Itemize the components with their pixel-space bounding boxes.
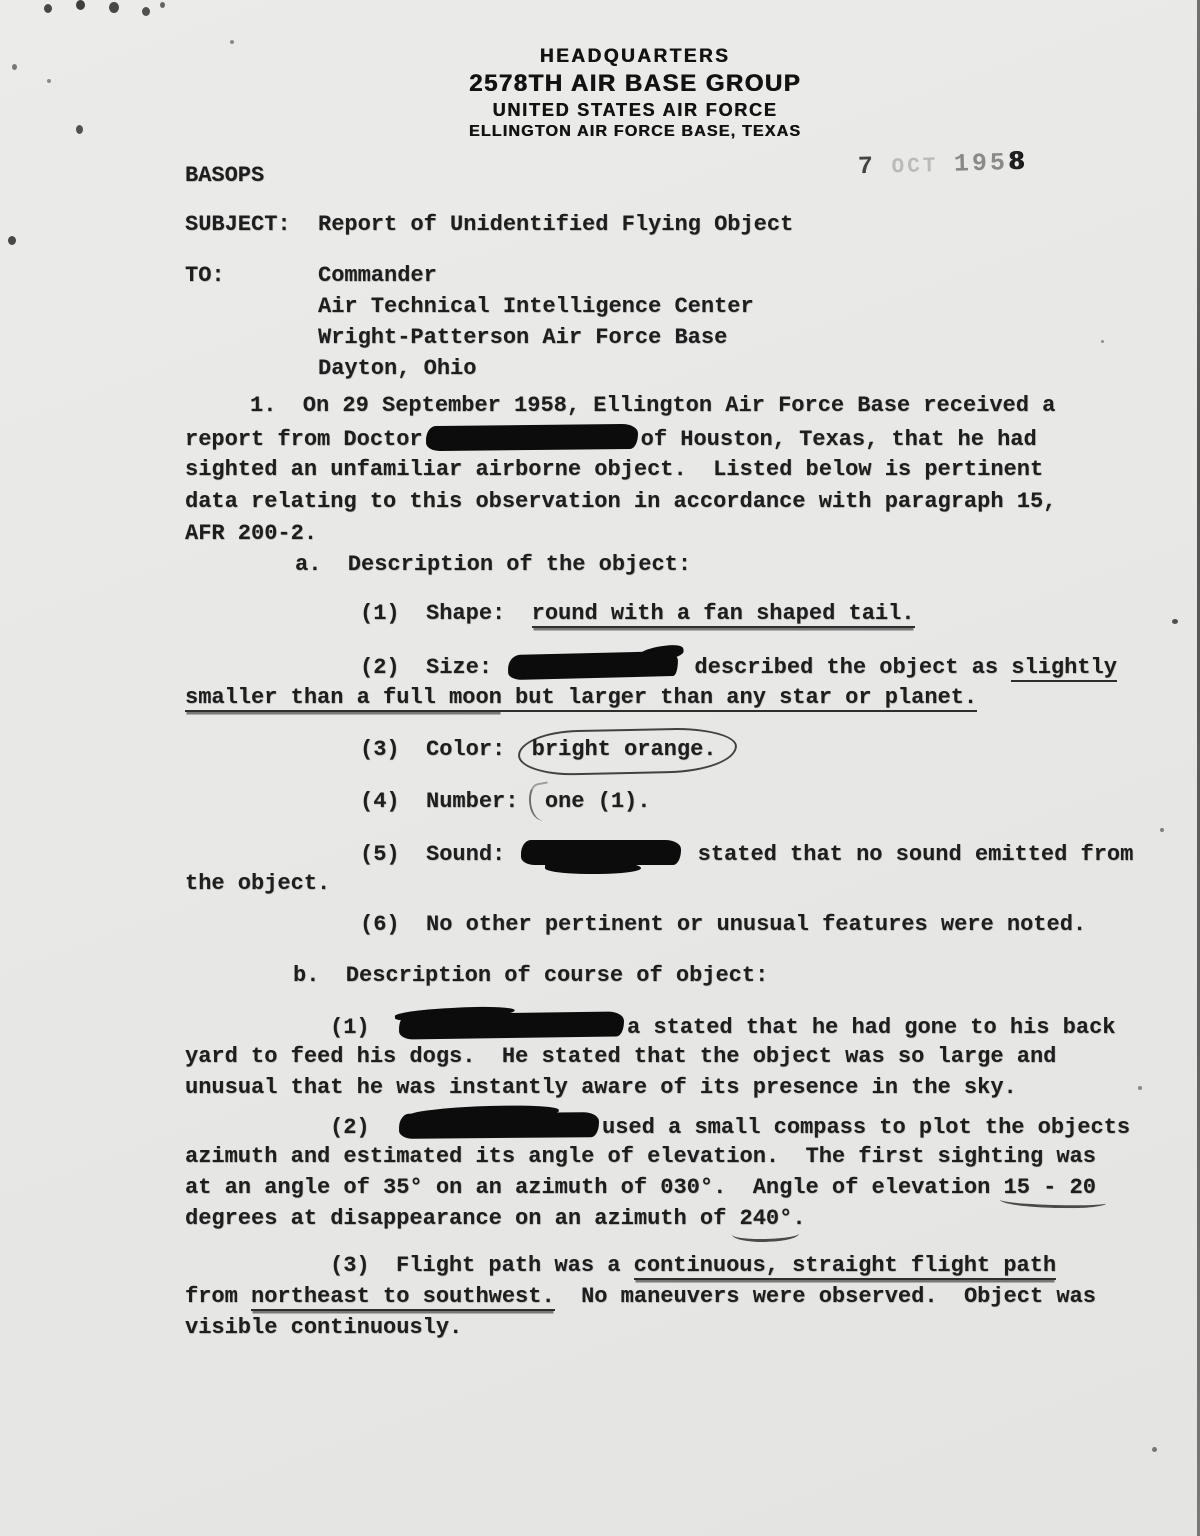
item-color-label: (3) Color: [360, 737, 532, 762]
course-item3-text-a: (3) Flight path was a [330, 1253, 634, 1278]
item-size-line1: (2) Size: described the object as slight… [360, 653, 1117, 680]
course-item1-line1: (1) a stated that he had gone to his bac… [330, 1013, 1116, 1040]
course-item2-number: (2) [330, 1115, 396, 1140]
course-item1-line3: unusual that he was instantly aware of i… [185, 1075, 1017, 1100]
to-label: TO: [185, 263, 225, 288]
course-item3-line3: visible continuously. [185, 1315, 462, 1340]
date-stamp: 7 OCT 1958 [858, 148, 1028, 182]
item-sound-label: (5) Sound: [360, 842, 518, 867]
para1-line2-text-a: report from Doctor [185, 427, 423, 452]
subject-text: Report of Unidentified Flying Object [318, 212, 793, 237]
course-item2-elevation-underlined: 15 - 20 [1004, 1175, 1096, 1200]
course-item1-number: (1) [330, 1015, 396, 1040]
dust-speck [109, 2, 119, 13]
item-shape: (1) Shape: round with a fan shaped tail. [360, 601, 915, 626]
item-other-features: (6) No other pertinent or unusual featur… [360, 912, 1086, 937]
stamp-month: OCT [876, 155, 955, 180]
letterhead-service: UNITED STATES AIR FORCE [235, 100, 1035, 121]
subject-label: SUBJECT: [185, 212, 291, 237]
item-size-label: (2) Size: [360, 655, 505, 680]
course-item1-line2: yard to feed his dogs. He stated that th… [185, 1044, 1056, 1069]
item-color-value-circled: bright orange. [532, 737, 717, 762]
to-line-dayton: Dayton, Ohio [318, 356, 476, 381]
dust-speck [1152, 1447, 1157, 1452]
redaction-bar [426, 424, 638, 451]
dust-speck [47, 79, 51, 83]
to-line-commander: Commander [318, 263, 437, 288]
para1-line4: data relating to this observation in acc… [185, 489, 1056, 514]
dust-speck [1172, 619, 1178, 624]
dust-speck [1101, 340, 1104, 343]
course-item2-line4: degrees at disappearance on an azimuth o… [185, 1206, 806, 1231]
item-size-text: described the object as [681, 655, 1011, 680]
dust-speck [230, 40, 234, 44]
section-b-heading: b. Description of course of object: [293, 963, 768, 988]
course-item3-text-c: No maneuvers were observed. Object was [555, 1284, 1096, 1309]
item-sound-line1: (5) Sound: stated that no sound emitted … [360, 840, 1133, 867]
course-item3-flightpath-underlined: continuous, straight flight path [634, 1253, 1056, 1280]
dust-speck [76, 0, 85, 10]
item-sound-line2: the object. [185, 871, 330, 896]
course-item2-azimuth-underlined: 240° [740, 1206, 793, 1231]
letterhead-unit: 2578TH AIR BASE GROUP [235, 70, 1035, 98]
letterhead-base: ELLINGTON AIR FORCE BASE, TEXAS [235, 123, 1035, 141]
redaction-bar [508, 651, 679, 680]
dust-speck [8, 236, 16, 245]
redaction-bar [399, 1011, 624, 1039]
office-symbol: BASOPS [185, 163, 264, 188]
item-number-label: (4) Number: [360, 789, 545, 814]
course-item2-line1: (2) used a small compass to plot the obj… [330, 1113, 1130, 1140]
para1-line5: AFR 200-2. [185, 521, 317, 546]
dust-speck [160, 2, 165, 8]
redaction-bar [521, 840, 681, 865]
stamp-day: 7 [858, 152, 877, 181]
dust-speck [12, 64, 17, 70]
stamp-year-faint: 195 [954, 148, 1009, 178]
course-item3-text-b: from [185, 1284, 251, 1309]
item-color: (3) Color: bright orange. [360, 737, 716, 762]
letterhead: HEADQUARTERS 2578TH AIR BASE GROUP UNITE… [235, 46, 1035, 141]
dust-speck [142, 7, 150, 16]
course-item3-line1: (3) Flight path was a continuous, straig… [330, 1253, 1056, 1278]
item-size-underlined-moon: smaller than a full moon [185, 685, 502, 712]
item-size-underlined-planet: but larger than any star or planet. [502, 685, 977, 712]
item-shape-label: (1) Shape: [360, 601, 532, 626]
dust-speck [76, 125, 83, 134]
item-number: (4) Number: one (1). [360, 789, 650, 814]
para1-line3: sighted an unfamiliar airborne object. L… [185, 457, 1043, 482]
course-item2-disappearance: degrees at disappearance on an azimuth o… [185, 1206, 740, 1231]
para1-line2-text-b: of Houston, Texas, that he had [641, 427, 1037, 452]
to-line-atic: Air Technical Intelligence Center [318, 294, 754, 319]
redaction-bar [399, 1112, 599, 1139]
item-size-line2: smaller than a full moon but larger than… [185, 685, 977, 710]
course-item3-direction-underlined: northeast to southwest. [251, 1284, 555, 1311]
item-size-underlined-slightly: slightly [1011, 655, 1117, 682]
item-shape-value-underlined: round with a fan shaped tail. [532, 601, 915, 628]
para1-line1: 1. On 29 September 1958, Ellington Air F… [250, 393, 1055, 418]
to-line-wpafb: Wright-Patterson Air Force Base [318, 325, 727, 350]
dust-speck [44, 4, 52, 13]
course-item2-line3: at an angle of 35° on an azimuth of 030°… [185, 1175, 1096, 1200]
dust-speck [1138, 1086, 1142, 1090]
scanned-document-page: HEADQUARTERS 2578TH AIR BASE GROUP UNITE… [0, 0, 1200, 1536]
course-item1-text: a stated that he had gone to his back [627, 1015, 1115, 1040]
stamp-year-bold: 8 [1008, 148, 1028, 178]
item-number-value: one (1). [545, 789, 651, 814]
course-item2-angles: at an angle of 35° on an azimuth of 030°… [185, 1175, 1004, 1200]
letterhead-headquarters: HEADQUARTERS [235, 46, 1035, 68]
section-a-heading: a. Description of the object: [295, 552, 691, 577]
dust-speck [1160, 828, 1164, 832]
course-item2-line2: azimuth and estimated its angle of eleva… [185, 1144, 1096, 1169]
course-item3-line2: from northeast to southwest. No maneuver… [185, 1284, 1096, 1309]
item-sound-text: stated that no sound emitted from [684, 842, 1133, 867]
para1-line2: report from Doctorof Houston, Texas, tha… [185, 425, 1037, 452]
course-item2-text: used a small compass to plot the objects [602, 1115, 1130, 1140]
